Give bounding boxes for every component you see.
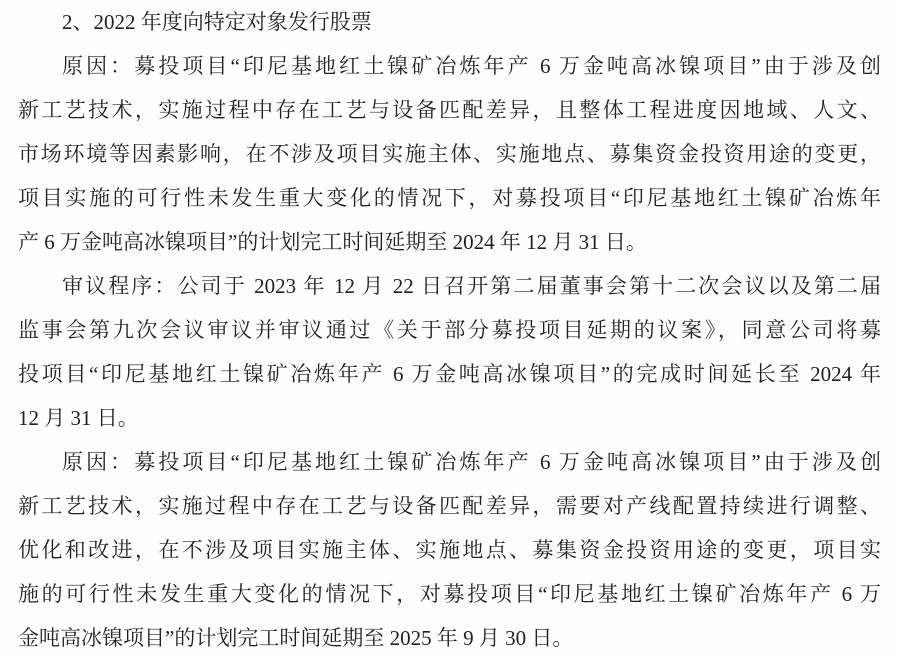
text-line: 新工艺技术，实施过程中存在工艺与设备匹配差异，且整体工程进度因地域、人文、 bbox=[18, 88, 881, 132]
text-line: 监事会第九次会议审议并审议通过《关于部分募投项目延期的议案》，同意公司将募 bbox=[18, 308, 881, 352]
text-line: 原因：募投项目“印尼基地红土镍矿冶炼年产 6 万金吨高冰镍项目”由于涉及创 bbox=[18, 44, 881, 88]
text-line: 原因：募投项目“印尼基地红土镍矿冶炼年产 6 万金吨高冰镍项目”由于涉及创 bbox=[18, 440, 881, 484]
text-line: 12 月 31 日。 bbox=[18, 396, 881, 440]
text-line: 新工艺技术，实施过程中存在工艺与设备匹配差异，需要对产线配置持续进行调整、 bbox=[18, 484, 881, 528]
text-line: 施的可行性未发生重大变化的情况下，对募投项目“印尼基地红土镍矿冶炼年产 6 万 bbox=[18, 572, 881, 616]
text-line: 产 6 万金吨高冰镍项目”的计划完工时间延期至 2024 年 12 月 31 日… bbox=[18, 220, 881, 264]
text-line: 金吨高冰镍项目”的计划完工时间延期至 2025 年 9 月 30 日。 bbox=[18, 616, 881, 660]
text-line: 审议程序：公司于 2023 年 12 月 22 日召开第二届董事会第十二次会议以… bbox=[18, 264, 881, 308]
text-line: 市场环境等因素影响，在不涉及项目实施主体、实施地点、募集资金投资用途的变更， bbox=[18, 132, 881, 176]
text-line: 投项目“印尼基地红土镍矿冶炼年产 6 万金吨高冰镍项目”的完成时间延长至 202… bbox=[18, 352, 881, 396]
text-line: 2、2022 年度向特定对象发行股票 bbox=[18, 0, 881, 44]
text-line: 优化和改进，在不涉及项目实施主体、实施地点、募集资金投资用途的变更，项目实 bbox=[18, 528, 881, 572]
text-line: 项目实施的可行性未发生重大变化的情况下，对募投项目“印尼基地红土镍矿冶炼年 bbox=[18, 176, 881, 220]
document-page: 2、2022 年度向特定对象发行股票原因：募投项目“印尼基地红土镍矿冶炼年产 6… bbox=[0, 0, 900, 660]
